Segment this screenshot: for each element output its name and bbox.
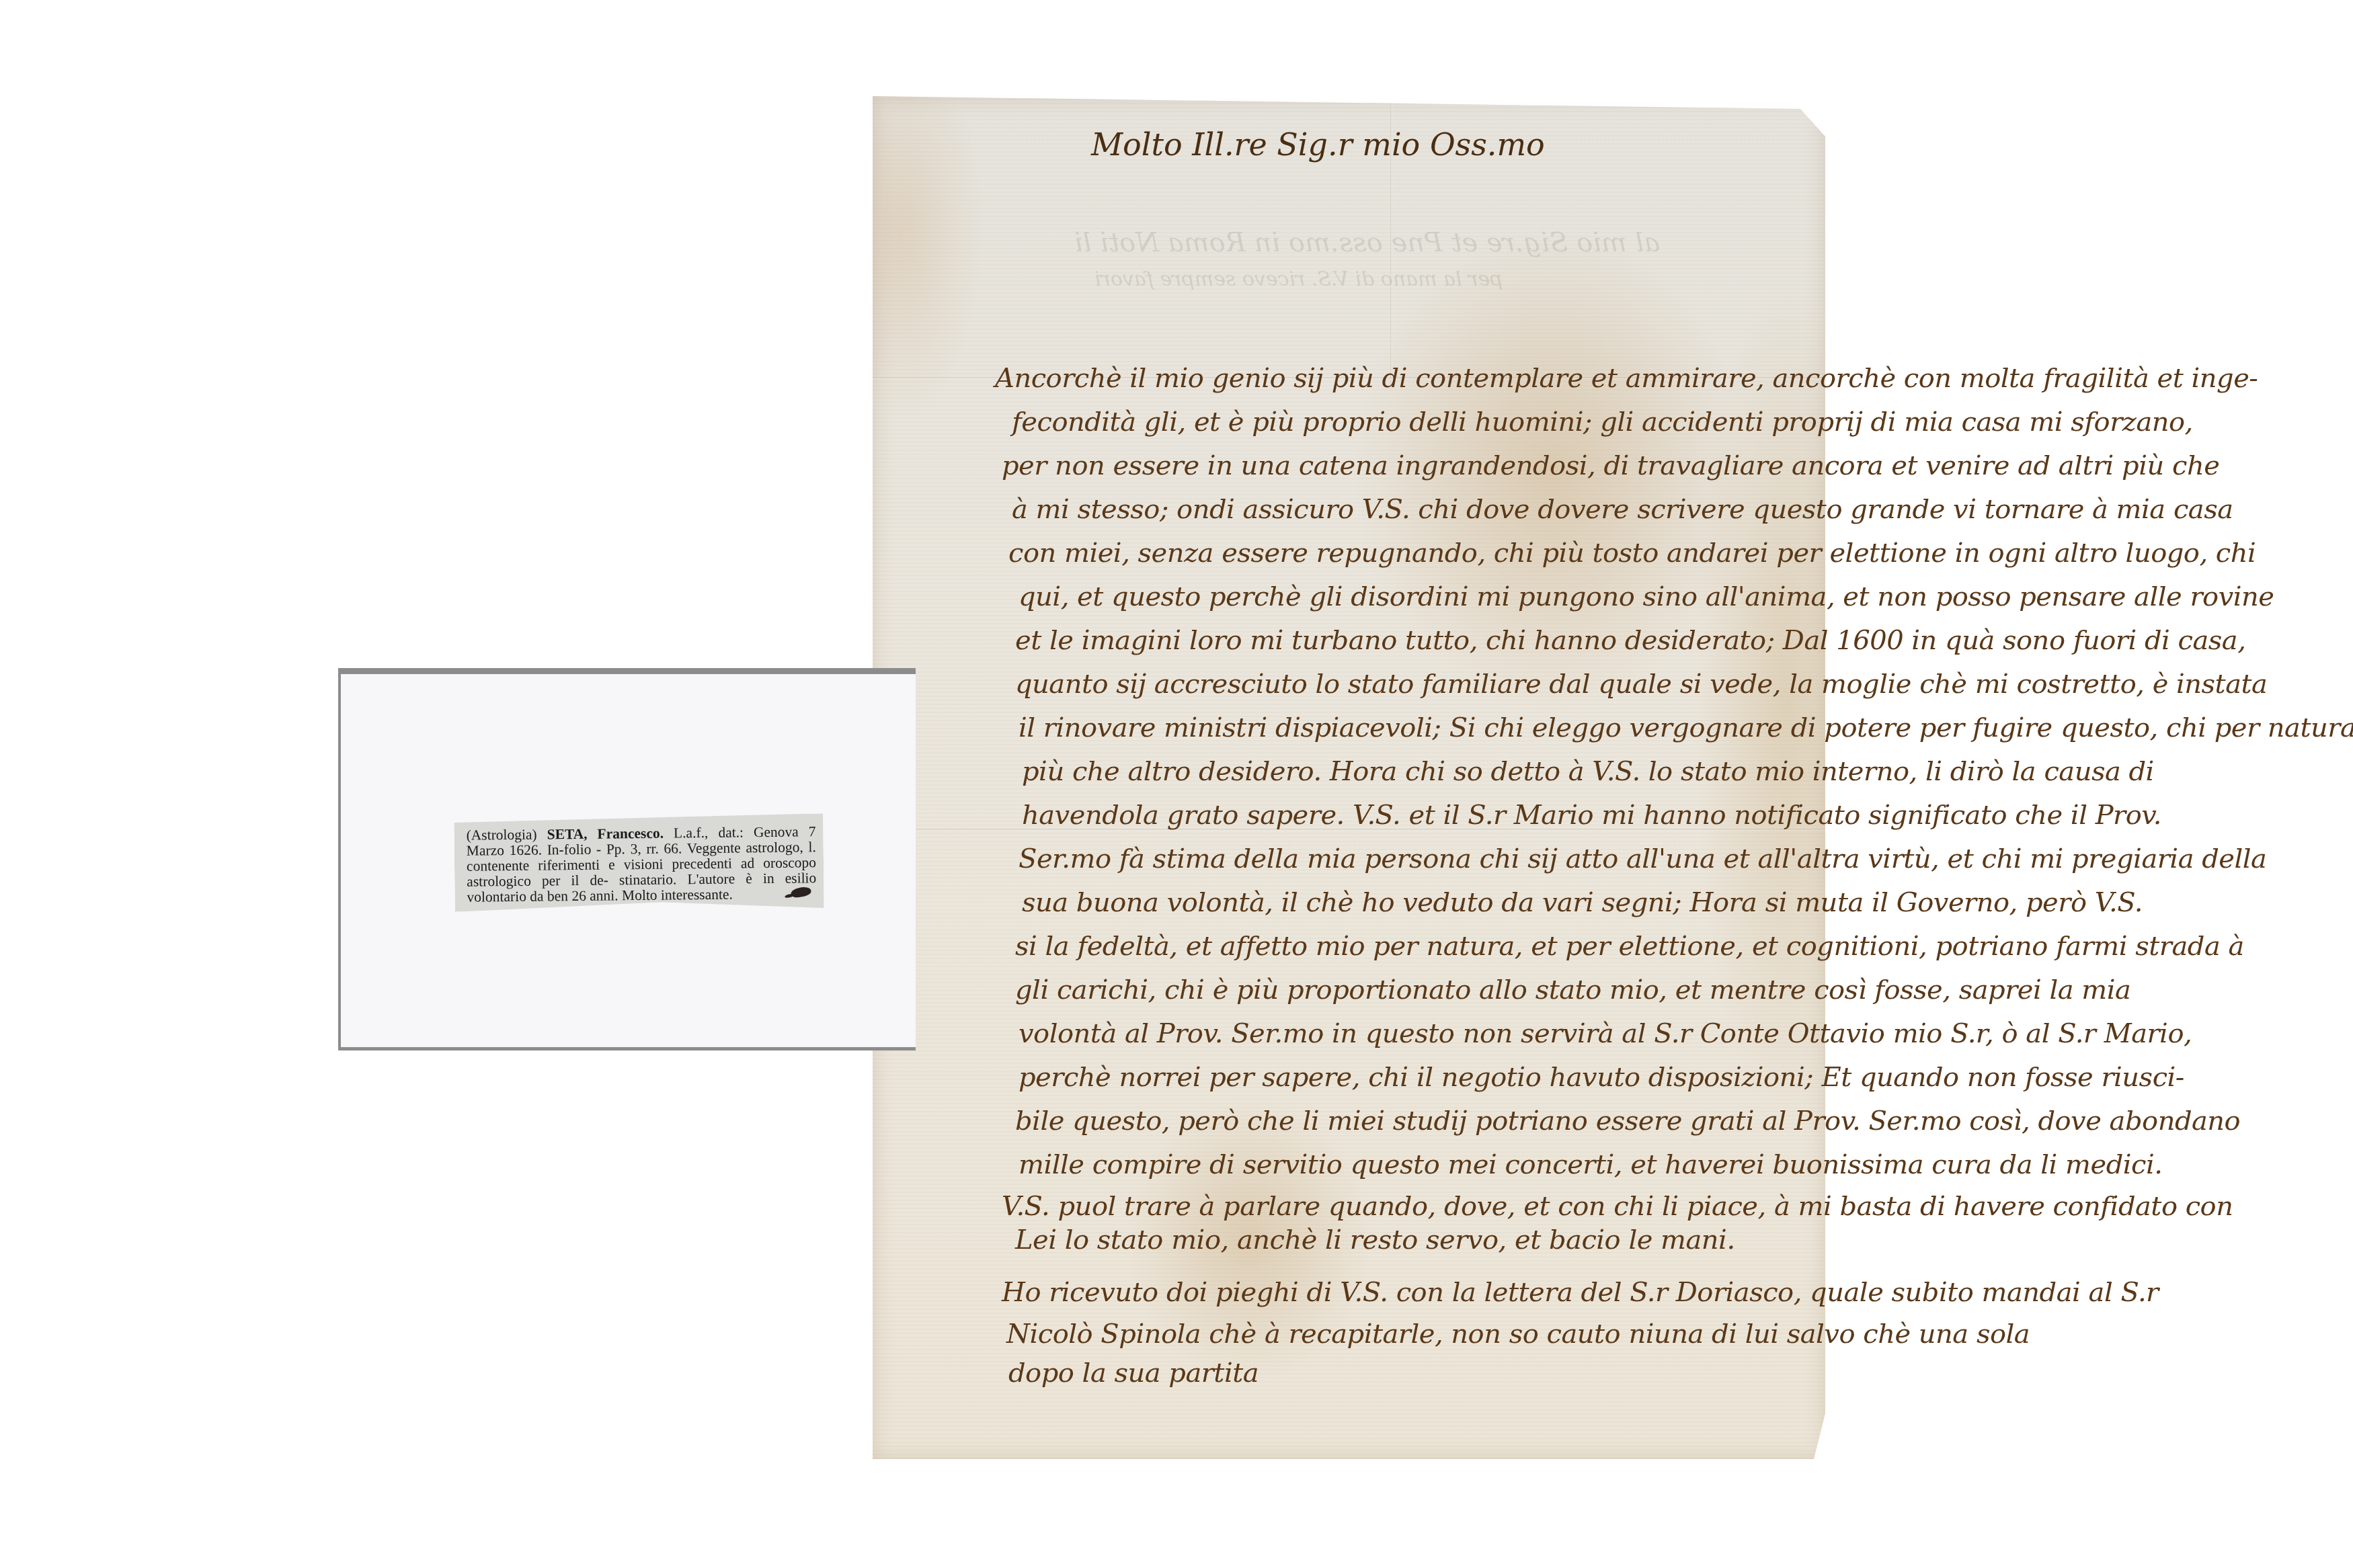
catalogue-description: (Astrologia) SETA, Francesco. L.a.f., da… <box>466 824 816 905</box>
letter-line: con miei, senza essere repugnando, chi p… <box>1008 538 2256 569</box>
letter-line: Lei lo stato mio, anchè li resto servo, … <box>1015 1225 1735 1255</box>
letter-line: gli carichi, chi è più proportionato all… <box>1015 975 2130 1005</box>
letter-line: bile questo, però che li miei studij pot… <box>1015 1106 2240 1137</box>
letter-line: qui, et questo perchè gli disordini mi p… <box>1019 581 2274 612</box>
letter-salutation: Molto Ill.re Sig.r mio Oss.mo <box>1091 126 1545 163</box>
letter-line: per non essere in una catena ingrandendo… <box>1002 450 2219 481</box>
letter-line: Nicolò Spinola chè à recapitarle, non so… <box>1006 1319 2030 1350</box>
letter-line: V.S. puol trare à parlare quando, dove, … <box>1002 1191 2233 1222</box>
letter-line: dopo la sua partita <box>1008 1358 1259 1389</box>
letter-line: à mi stesso; ondi assicuro V.S. chi dove… <box>1012 494 2233 525</box>
letter-line: perchè norrei per sapere, chi il negotio… <box>1019 1062 2184 1093</box>
letter-line: Ho ricevuto doi pieghi di V.S. con la le… <box>1002 1277 2159 1308</box>
letter-line: quanto sij accresciuto lo stato familiar… <box>1015 669 2267 700</box>
letter-line: et le imagini loro mi turbano tutto, chi… <box>1015 625 2245 656</box>
bleed-through-text: per la mano di V.S. ricevo sempre favori <box>1094 267 1503 291</box>
catalogue-label: (Astrologia) SETA, Francesco. L.a.f., da… <box>454 813 824 912</box>
bleed-through-text: al mio Sig.re et Pne oss.mo in Roma Noti… <box>1074 227 1660 258</box>
letter-line: havendola grato sapere. V.S. et il S.r M… <box>1022 800 2161 831</box>
label-line5: interessante. <box>661 886 733 903</box>
label-category: (Astrologia) <box>466 827 536 843</box>
letter-line: fecondità gli, et è più proprio delli hu… <box>1012 407 2193 438</box>
letter-line: Ser.mo fà stima della mia persona chi si… <box>1019 843 2266 874</box>
label-author: SETA, Francesco. <box>547 825 664 843</box>
letter-line: il rinovare ministri dispiacevoli; Si ch… <box>1019 712 2353 743</box>
letter-line: più che altro desidero. Hora chi so dett… <box>1022 756 2154 787</box>
letter-line: mille compire di servitio questo mei con… <box>1019 1149 2163 1180</box>
letter-line: sua buona volontà, il chè ho veduto da v… <box>1022 887 2143 918</box>
letter-line: si la fedeltà, et affetto mio per natura… <box>1015 931 2244 962</box>
letter-line: volontà al Prov. Ser.mo in questo non se… <box>1019 1018 2192 1049</box>
letter-line: Ancorchè il mio genio sij più di contemp… <box>995 363 2258 394</box>
